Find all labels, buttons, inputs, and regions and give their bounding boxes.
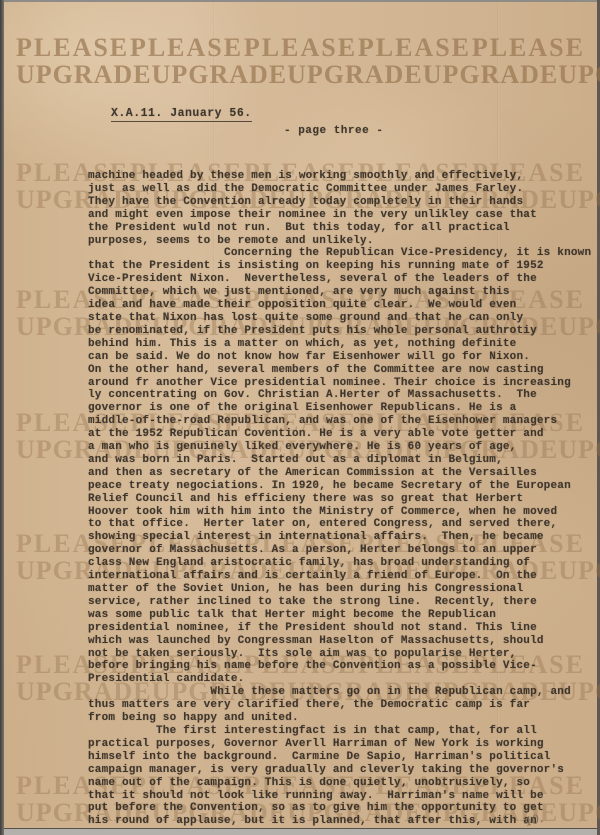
document-line: himself into the background. Carmine De … xyxy=(88,751,600,764)
document-line: state that Nixon has lost quite some gro… xyxy=(88,312,600,325)
document-line: The first interestingfact is in that cam… xyxy=(88,725,600,738)
document-line: international affairs and is certainly a… xyxy=(88,570,600,583)
paper-background: PLEASEPLEASEPLEASEPLEASEPLEASEUPGRADEUPG… xyxy=(4,2,597,828)
document-line: be renominated, if the President puts hi… xyxy=(88,325,600,338)
watermark-word: UPGRADE xyxy=(16,61,152,88)
watermark-word: UPGRADE xyxy=(152,61,288,88)
document-line: and then as secretary of the American Co… xyxy=(88,467,600,480)
document-text: machine headed by these men is working s… xyxy=(88,170,600,828)
document-line: practical purposes, Governor Averll Harr… xyxy=(88,738,600,751)
document-line: just as well as did the Democratic Commi… xyxy=(88,183,600,196)
document-line: class New England aristocratic family, h… xyxy=(88,557,600,570)
document-line: On the other hand, several members of th… xyxy=(88,364,600,377)
scanned-document: PLEASEPLEASEPLEASEPLEASEPLEASEUPGRADEUPG… xyxy=(0,0,600,835)
document-line: While these matters go on in the Republi… xyxy=(88,686,600,699)
document-line: They have the Convention already today c… xyxy=(88,196,600,209)
page-number-label: - page three - xyxy=(284,125,383,137)
document-line: Relief Council and his efficieny there w… xyxy=(88,493,600,506)
document-line: campaign manager, is very gradually and … xyxy=(88,764,600,777)
document-line: presidential nominee, if the President s… xyxy=(88,622,600,635)
document-line: Concerning the Republican Vice-Presidenc… xyxy=(88,247,600,260)
document-line: at the 1952 Republican Covention. He is … xyxy=(88,428,600,441)
document-line: matter of the Soviet Union, he has been … xyxy=(88,583,600,596)
document-line: a man who is genuinely liked everywhere.… xyxy=(88,441,600,454)
document-line: around fr another Vice presidential nomi… xyxy=(88,377,600,390)
document-line: idea and have made their opposition quit… xyxy=(88,299,600,312)
document-line: behind him. This is a matter on which, a… xyxy=(88,338,600,351)
document-line: showing special interest in internationa… xyxy=(88,531,600,544)
document-reference: X.A.11. January 56. xyxy=(111,107,252,122)
document-line: which was launched by Congressman Haselt… xyxy=(88,635,600,648)
watermark-word: PLEASE xyxy=(16,35,129,61)
document-line: name out of the campaign. This is done q… xyxy=(88,777,600,790)
document-line: governor of Massachusetts. As a person, … xyxy=(88,544,600,557)
document-line: Committee, which we just mentioned, are … xyxy=(88,286,600,299)
document-line: to that office. Herter later on, entered… xyxy=(88,518,600,531)
document-line: purposes, seems to be remote and unlikel… xyxy=(88,235,600,248)
watermark-word: PLEASE xyxy=(130,35,243,61)
document-line: not be taken seriously. Its sole aim was… xyxy=(88,648,600,661)
document-line: governor is one of the original Eisenhow… xyxy=(88,402,600,415)
document-line: service, rather inclined to take the str… xyxy=(88,596,600,609)
document-line: peace treaty negociations. In 1920, he b… xyxy=(88,480,600,493)
document-line: was some public talk that Herter might b… xyxy=(88,609,600,622)
document-line: from being so happy and united. xyxy=(88,712,600,725)
document-line: the President wuld not run. But this tod… xyxy=(88,222,600,235)
document-line: machine headed by these men is working s… xyxy=(88,170,600,183)
document-line: Vice-President Nixon. Nevertheless, seve… xyxy=(88,273,600,286)
watermark-word: UPGRADE xyxy=(423,61,559,88)
document-line: put before the Convention, so as to give… xyxy=(88,802,600,815)
document-line: and might even impose their nominee in t… xyxy=(88,209,600,222)
document-line: that the President is insisting on keepi… xyxy=(88,260,600,273)
document-line: thus matters are very clarified there, t… xyxy=(88,699,600,712)
watermark-row: PLEASEPLEASEPLEASEPLEASEPLEASEUPGRADEUPG… xyxy=(4,35,597,88)
document-line: before bringing his name before the Conv… xyxy=(88,660,600,673)
watermark-word: PLEASE xyxy=(472,35,585,61)
document-line: and was born in Paris. Started out as a … xyxy=(88,454,600,467)
watermark-word: UPGRADE xyxy=(558,61,600,88)
document-line: middle-of-the-road Republican, and was o… xyxy=(88,415,600,428)
document-line: that it should not look like running awa… xyxy=(88,790,600,803)
document-line: ly concentrating on Gov. Christian A.Her… xyxy=(88,389,600,402)
document-line: Hoover took him with him into the Minist… xyxy=(88,506,600,519)
watermark-word: PLEASE xyxy=(358,35,471,61)
document-line: Presidential candidate. xyxy=(88,673,600,686)
watermark-word: PLEASE xyxy=(244,35,357,61)
watermark-word: UPGRADE xyxy=(287,61,423,88)
document-line: can be said. We do not know how far Eise… xyxy=(88,351,600,364)
